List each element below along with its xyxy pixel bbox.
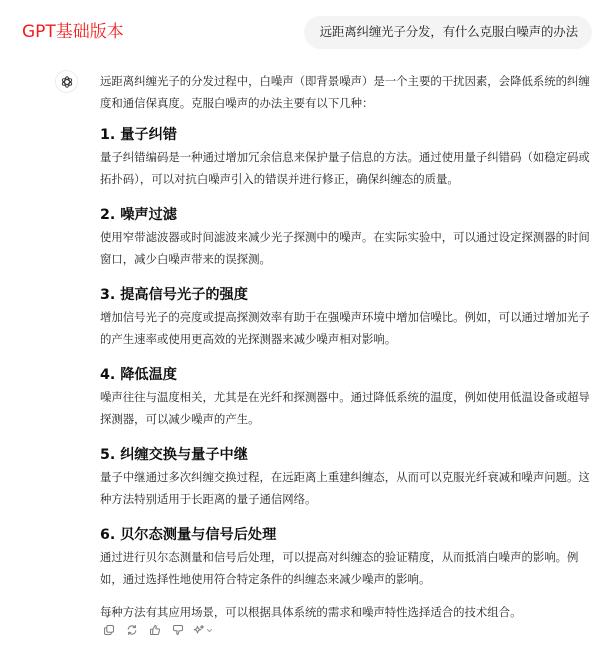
thumbs-down-icon: [172, 624, 184, 636]
section-bell-state-measurement: 6. 贝尔态测量与信号后处理 通过进行贝尔态测量和信号后处理，可以提高对纠缠态的…: [100, 524, 592, 590]
assistant-response: 远距离纠缠光子的分发过程中，白噪声（即背景噪声）是一个主要的干扰因素，会降低系统…: [100, 70, 592, 623]
thumbs-up-icon: [149, 624, 161, 636]
version-label: GPT基础版本: [22, 21, 124, 43]
copy-icon: [103, 624, 115, 636]
user-message-text: 远距离纠缠光子分发，有什么克服白噪声的办法: [320, 25, 578, 39]
section-title: 4. 降低温度: [100, 364, 592, 386]
section-title: 2. 噪声过滤: [100, 204, 592, 226]
section-title: 6. 贝尔态测量与信号后处理: [100, 524, 592, 546]
section-body: 噪声往往与温度相关，尤其是在光纤和探测器中。通过降低系统的温度，例如使用低温设备…: [100, 386, 592, 430]
section-title: 1. 量子纠错: [100, 124, 592, 146]
section-lower-temperature: 4. 降低温度 噪声往往与温度相关，尤其是在光纤和探测器中。通过降低系统的温度，…: [100, 364, 592, 430]
model-switch-sparkle-icon: [193, 624, 205, 636]
section-noise-filtering: 2. 噪声过滤 使用窄带滤波器或时间滤波来减少光子探测中的噪声。在实际实验中，可…: [100, 204, 592, 270]
section-title: 5. 纠缠交换与量子中继: [100, 444, 592, 466]
assistant-avatar: [55, 70, 78, 93]
user-message-bubble: 远距离纠缠光子分发，有什么克服白噪声的办法: [304, 16, 592, 49]
section-body: 量子中继通过多次纠缠交换过程，在远距离上重建纠缠态，从而可以克服光纤衰减和噪声问…: [100, 466, 592, 510]
regenerate-button[interactable]: [124, 622, 140, 638]
section-body: 增加信号光子的亮度或提高探测效率有助于在强噪声环境中增加信噪比。例如，可以通过增…: [100, 306, 592, 350]
section-quantum-error-correction: 1. 量子纠错 量子纠错编码是一种通过增加冗余信息来保护量子信息的方法。通过使用…: [100, 124, 592, 190]
thumbs-up-button[interactable]: [147, 622, 163, 638]
section-entanglement-swapping: 5. 纠缠交换与量子中继 量子中继通过多次纠缠交换过程，在远距离上重建纠缠态，从…: [100, 444, 592, 510]
copy-button[interactable]: [101, 622, 117, 638]
openai-logo-icon: [60, 75, 74, 89]
section-body: 量子纠错编码是一种通过增加冗余信息来保护量子信息的方法。通过使用量子纠错码（如稳…: [100, 146, 592, 190]
section-body: 使用窄带滤波器或时间滤波来减少光子探测中的噪声。在实际实验中，可以通过设定探测器…: [100, 226, 592, 270]
response-closing: 每种方法有其应用场景，可以根据具体系统的需求和噪声特性选择适合的技术组合。: [100, 601, 592, 623]
message-action-bar: [101, 622, 213, 638]
chevron-down-icon: [206, 627, 213, 634]
thumbs-down-button[interactable]: [170, 622, 186, 638]
regenerate-icon: [126, 624, 138, 636]
section-title: 3. 提高信号光子的强度: [100, 284, 592, 306]
model-switch-button[interactable]: [193, 624, 213, 636]
response-intro: 远距离纠缠光子的分发过程中，白噪声（即背景噪声）是一个主要的干扰因素，会降低系统…: [100, 70, 592, 114]
section-signal-intensity: 3. 提高信号光子的强度 增加信号光子的亮度或提高探测效率有助于在强噪声环境中增…: [100, 284, 592, 350]
section-body: 通过进行贝尔态测量和信号后处理，可以提高对纠缠态的验证精度，从而抵消白噪声的影响…: [100, 546, 592, 590]
